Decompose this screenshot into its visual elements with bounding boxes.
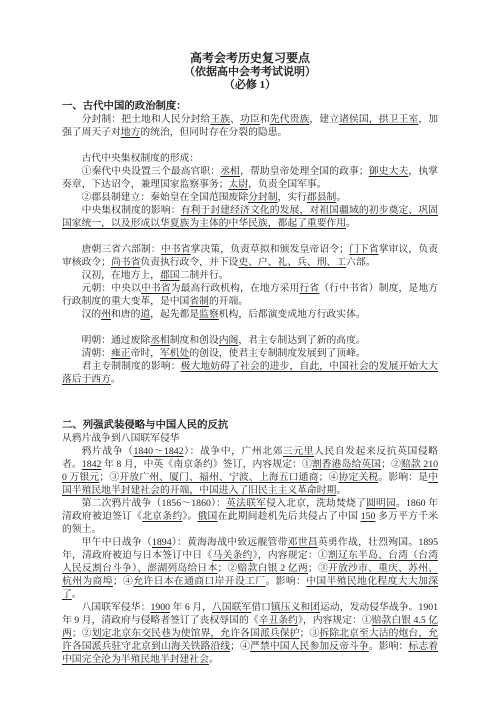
section-heading: 二、列强武装侵略与中国人民的反抗	[62, 419, 438, 432]
underlined-text: 郡县制	[307, 192, 336, 203]
paragraph: 八国联军侵华：1900 年 6 月，八国联军借口镇压义和团运动，发动侵华战争。1…	[62, 601, 438, 666]
paragraph-spacer	[62, 386, 438, 412]
text-run: ；③	[308, 563, 328, 574]
text-run: 》，内容规定：①	[253, 550, 328, 561]
underlined-text: 诸侯国，拱卫王室	[339, 114, 418, 125]
underlined-text: 划定北京东交民巷为使馆界，允许各国派兵保护	[92, 628, 300, 639]
text-run: ；④	[319, 472, 339, 483]
paragraph: 分封制：把土地和人民分封给王族、功臣和先代贵族，建立诸侯国，拱卫王室，加强了周天…	[62, 113, 438, 139]
text-run: ；④	[230, 641, 250, 652]
underlined-text: 道	[140, 309, 150, 320]
underlined-text: 行省	[299, 283, 319, 294]
underlined-text: 割香港岛给英国	[312, 459, 381, 470]
text-run: 元朝：中央以	[82, 283, 141, 294]
underlined-text: 1900	[150, 602, 170, 613]
underlined-text: 北京条约	[142, 511, 182, 522]
underlined-text: 丞相	[220, 166, 240, 177]
text-run: 为最高行政机构，在地方采用	[171, 283, 300, 294]
underlined-text: 辛丑条约	[259, 615, 298, 626]
document-title-line: （依据高中会考考试说明）	[62, 66, 438, 80]
text-run: ，君主专制达到了新的高度。	[238, 335, 365, 346]
underlined-text: 功臣	[240, 114, 260, 125]
paragraph: 唐朝三省六部制：中书省掌决策，负责草拟和颁发皇帝诏令；门下省掌审议，负责审核政令…	[62, 243, 438, 269]
paragraph-spacer	[62, 139, 438, 152]
text-run: 甲午中日战争（	[82, 537, 152, 548]
text-run: ，实行	[278, 192, 307, 203]
paragraph: 明朝：通过废除丞相制度和创设内阁，君主专制达到了新的高度。	[62, 334, 438, 347]
underlined-text: 郡国	[160, 270, 180, 281]
underlined-text: 1840～1842	[133, 446, 183, 457]
paragraph: 从鸦片战争到八国联军侵华	[62, 432, 438, 445]
text-run: 。	[346, 218, 356, 229]
text-run: 年 8 月，中英《南京条约》签订，内容规定：①	[101, 459, 312, 470]
text-run: 和唐的	[111, 309, 140, 320]
underlined-text: 雍正	[111, 348, 131, 359]
text-run: ②郡县制建立：秦始皇在全国范围废除	[82, 192, 249, 203]
underlined-text: 150	[361, 511, 376, 522]
text-run: 中央集权制度的影响：	[82, 205, 181, 216]
text-run: 》。	[182, 511, 197, 522]
text-run: 古代中央集权制度的形成：	[82, 153, 200, 164]
text-run: 和	[260, 114, 270, 125]
paragraph: 元朝：中央以中书省为最高行政机构，在地方采用行省（行中书省）制度，是地方行政制度…	[62, 282, 438, 308]
text-run: 的开端。	[209, 296, 248, 307]
text-run: 从鸦片战争到八国联军侵华	[62, 433, 180, 444]
text-run: ；②	[72, 628, 92, 639]
text-run: ，负责全国军事。	[248, 179, 326, 190]
text-run: 、	[230, 114, 240, 125]
text-run: 借口	[251, 602, 271, 613]
underlined-text: 内阁	[219, 335, 239, 346]
underlined-text: 1842	[82, 459, 102, 470]
paragraph: 鸦片战争（1840～1842）：战争中，广州北郊三元里人民自发起来反抗英国侵略者…	[62, 445, 438, 497]
underlined-text: 地方	[121, 127, 141, 138]
underlined-text: 尚书省	[111, 257, 140, 268]
underlined-text: 八国联军	[212, 602, 251, 613]
text-run: ，建立	[309, 114, 339, 125]
underlined-text: 分封制	[248, 192, 277, 203]
text-run: 在此期间趁机先后共侵占了中国	[218, 511, 361, 522]
text-run: 汉初，在地方上，	[82, 270, 160, 281]
underlined-text: 丞相	[150, 335, 170, 346]
paragraph-spacer	[62, 321, 438, 334]
text-run: 。	[336, 192, 346, 203]
underlined-text: 马关条约	[212, 550, 252, 561]
underlined-text: 先代贵族	[270, 114, 310, 125]
text-run: ；②	[381, 459, 401, 470]
underlined-text: 太尉	[229, 179, 249, 190]
underlined-text: 严禁中国人民参加反帝斗争	[250, 641, 369, 652]
underlined-text: 镇压义和团	[271, 602, 320, 613]
text-run: ）：战争中，广州北郊	[184, 446, 283, 457]
text-run: 清朝：	[82, 348, 111, 359]
text-run: 明朝：通过废除	[82, 335, 151, 346]
underlined-text: 中书省	[161, 244, 191, 255]
text-run: 六部。	[346, 257, 375, 268]
text-run: ；③	[300, 628, 320, 639]
underlined-text: 监察	[199, 309, 219, 320]
text-run: ）：黄海海战中致远舰管带	[172, 537, 288, 548]
paragraph: 君主专制制度的影响：极大地妨碍了社会的进步，自此，中国社会的发展开始大大落后于西…	[62, 360, 438, 386]
text-run: 第二次鸦片战争（1856～1860）：	[82, 498, 227, 509]
underlined-text: 圆明园	[366, 498, 396, 509]
text-run: 机构，后都演变成地方行政实体。	[219, 309, 366, 320]
text-run: 的创设，使君主专制制度发展到了顶峰。	[189, 348, 365, 359]
paragraph: 汉初，在地方上，郡国二制并行。	[62, 269, 438, 282]
underlined-text: 三元里	[283, 446, 314, 457]
underlined-text: 王族	[210, 114, 230, 125]
text-run: 。	[72, 589, 82, 600]
text-run: 鸦片战争（	[82, 446, 134, 457]
text-run: 掌决策，负责草拟和颁发皇帝诏令；	[191, 244, 349, 255]
underlined-text: 协定关税	[339, 472, 379, 483]
text-run: 负责执行政令，并下设	[140, 257, 238, 268]
underlined-text: 1894	[152, 537, 172, 548]
paragraph: 第二次鸦片战争（1856～1860）：英法联军侵入北京，洗劫焚烧了圆明园。186…	[62, 497, 438, 536]
underlined-text: 御史大夫	[369, 166, 409, 177]
paragraph: 甲午中日战争（1894）：黄海海战中致远舰管带邓世昌英勇作战，壮烈殉国。1895…	[62, 536, 438, 601]
text-run: 帝时，	[131, 348, 160, 359]
paragraph: 中央集权制度的影响：有利于封建经济文化的发展，对祖国疆域的初步奠定、巩固国家统一…	[62, 204, 438, 230]
underlined-text: 俄国	[198, 511, 218, 522]
text-run: ①秦代中央设置三个最高官职：	[82, 166, 221, 177]
underlined-text: 中书省	[141, 283, 171, 294]
document-body: 高考会考历史复习要点（依据高中会考考试说明）（必修 1）一、古代中国的政治制度：…	[62, 52, 438, 666]
paragraph: ②郡县制建立：秦始皇在全国范围废除分封制，实行郡县制。	[62, 191, 438, 204]
underlined-text: 开放广州、厦门、福州、宁波、上海五口通商	[119, 472, 318, 483]
text-run: 八国联军侵华：	[82, 602, 151, 613]
text-run: 君主专制制度的影响：	[82, 361, 181, 372]
text-run: 。	[336, 485, 346, 496]
underlined-text: 军机处	[160, 348, 189, 359]
underlined-text: 允许日本在通商口岸开设工厂	[133, 576, 265, 587]
paragraph: ①秦代中央设置三个最高官职：丞相，帮助皇帝处理全国的政事；御史大夫，执掌奏章，下…	[62, 165, 438, 191]
paragraph: 清朝：雍正帝时，军机处的创设，使君主专制制度发展到了顶峰。	[62, 347, 438, 360]
section-heading: 一、古代中国的政治制度：	[62, 100, 438, 113]
document-title-line: 高考会考历史复习要点	[62, 52, 438, 66]
text-run: 唐朝三省六部制：	[82, 244, 161, 255]
text-run: 侵入北京，洗劫焚烧了	[266, 498, 366, 509]
text-run: 二制并行。	[180, 270, 229, 281]
underlined-text: 省制	[189, 296, 209, 307]
underlined-text: 州	[101, 309, 111, 320]
underlined-text: 邓世昌	[288, 537, 318, 548]
text-run: 。	[209, 654, 219, 665]
text-run: 的统治，但同时存在分裂的隐患。	[140, 127, 287, 138]
text-run: 分封制：把土地和人民分封给	[82, 114, 211, 125]
document-page: 高考会考历史复习要点（依据高中会考考试说明）（必修 1）一、古代中国的政治制度：…	[0, 0, 500, 707]
text-run: 汉的	[82, 309, 102, 320]
text-run: 。影响：	[369, 641, 409, 652]
underlined-text: 门下省	[349, 244, 379, 255]
text-run: 制度和创设	[170, 335, 219, 346]
underlined-text: 赔款白银 2 亿两	[238, 563, 308, 574]
paragraph-spacer	[62, 230, 438, 243]
text-run: ；④	[113, 576, 133, 587]
text-run: ，帮助皇帝处理全国的政事；	[240, 166, 369, 177]
document-title-line: （必修 1）	[62, 79, 438, 93]
text-run: ；②	[217, 563, 237, 574]
text-run: 。	[111, 374, 121, 385]
text-run: 。影响：是	[378, 472, 428, 483]
paragraph: 古代中央集权制度的形成：	[62, 152, 438, 165]
text-run: 》，内容规定：①	[298, 615, 372, 626]
underlined-text: 吏、户、礼、兵、刑、工	[238, 257, 346, 268]
paragraph: 汉的州和唐的道，起先都是监察机构，后都演变成地方行政实体。	[62, 308, 438, 321]
text-run: 年 6 月，	[170, 602, 212, 613]
underlined-text: 英法联军	[226, 498, 266, 509]
text-run: ，起先都是	[150, 309, 199, 320]
text-run: 。影响：	[265, 576, 306, 587]
text-run: ；③	[99, 472, 119, 483]
